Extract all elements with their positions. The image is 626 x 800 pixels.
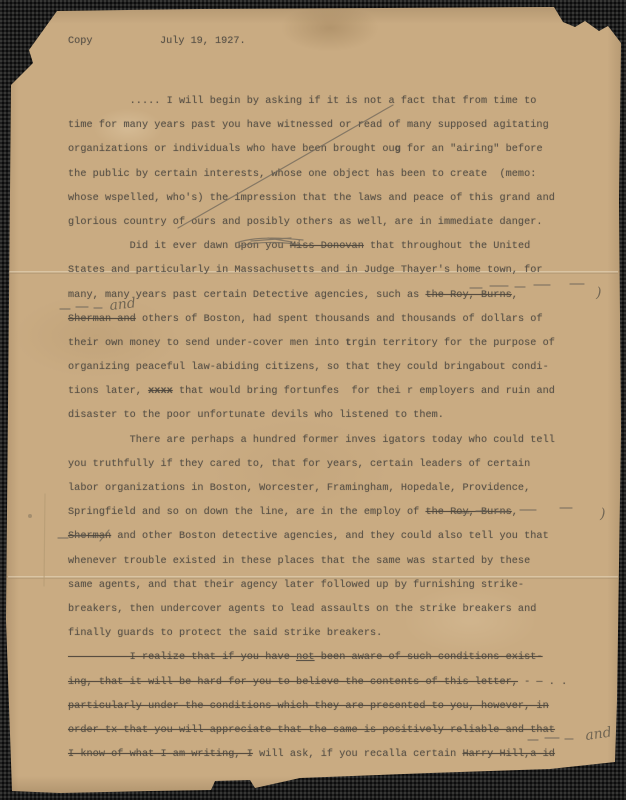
document-line: There are perhaps a hundred former inves… <box>68 429 588 453</box>
text-segment: whose wspelled, who's) the impression th… <box>68 193 555 204</box>
text-segment: labor organizations in Boston, Worcester… <box>68 483 530 494</box>
document-line: Did it ever dawn upon you Miss Donovan t… <box>68 235 588 259</box>
text-segment: that throughout the United <box>364 241 530 252</box>
text-segment: - — . . <box>518 677 567 688</box>
document-header: CopyJuly 19, 1927. <box>68 36 246 47</box>
document-line: Sherman and other Boston detective agenc… <box>68 525 588 549</box>
text-segment: the public by certain interests, whose o… <box>68 169 536 180</box>
document-line: I realize that if you have not been awar… <box>68 646 588 670</box>
document-line: same agents, and that their agency later… <box>68 574 588 598</box>
document-line: time for many years past you have witnes… <box>68 114 588 138</box>
text-segment: disaster to the poor unfortunate devils … <box>68 410 444 421</box>
text-segment: not <box>296 652 315 663</box>
text-segment: I realize that if you have <box>68 652 296 663</box>
text-segment: States and particularly in Massachusetts… <box>68 265 543 276</box>
document-line: glorious country of ours and posibly oth… <box>68 211 588 235</box>
document-line: Sherman and others of Boston, had spent … <box>68 308 588 332</box>
document-line: ..... I will begin by asking if it is no… <box>68 90 588 114</box>
text-segment: the Roy, Burns <box>425 507 511 518</box>
document-line: States and particularly in Massachusetts… <box>68 259 588 283</box>
text-segment: Harry Hill,a id <box>462 749 554 760</box>
text-segment: whenever trouble existed in these places… <box>68 556 530 567</box>
text-segment: Springfield and so on down the line, are… <box>68 507 425 518</box>
text-segment: that would bring fortunfes for thei r em… <box>173 386 555 397</box>
document-line: their own money to send under-cover men … <box>68 332 588 356</box>
text-segment: tions later, <box>68 386 148 397</box>
document-line: finally guards to protect the said strik… <box>68 622 588 646</box>
document-page: CopyJuly 19, 1927. ..... I will begin by… <box>0 0 626 800</box>
text-segment: , <box>512 507 518 518</box>
text-segment: Sherman <box>68 531 111 542</box>
document-line: Springfield and so on down the line, are… <box>68 501 588 525</box>
document-line: tions later, xxxx that would bring fortu… <box>68 380 588 404</box>
document-line: the public by certain interests, whose o… <box>68 163 588 187</box>
document-line: organizing peaceful law-abiding citizens… <box>68 356 588 380</box>
document-line: order tx that you will appreciate that t… <box>68 719 588 743</box>
text-segment: many, many years past certain Detective … <box>68 290 425 301</box>
document-line: whenever trouble existed in these places… <box>68 550 588 574</box>
document-line: you truthfully if they cared to, that fo… <box>68 453 588 477</box>
text-segment: their own money to send under-cover men … <box>68 338 345 349</box>
text-segment: others of Boston, had spent thousands an… <box>136 314 543 325</box>
text-segment: breakers, then undercover agents to lead… <box>68 604 536 615</box>
text-segment: xxxx <box>148 386 173 397</box>
text-segment: Sherman and <box>68 314 136 325</box>
text-segment: Miss Donovan <box>290 241 364 252</box>
text-segment: same agents, and that their agency later… <box>68 580 524 591</box>
text-segment: ..... I will begin by asking if it is no… <box>68 96 536 107</box>
document-line: many, many years past certain Detective … <box>68 284 588 308</box>
text-segment: you truthfully if they cared to, that fo… <box>68 459 530 470</box>
text-segment: glorious country of ours and posibly oth… <box>68 217 543 228</box>
text-segment: the Roy, Burns <box>425 290 511 301</box>
text-segment: ing, that it will be hard for you to bel… <box>68 677 518 688</box>
text-segment: finally guards to protect the said strik… <box>68 628 382 639</box>
text-segment: rgin territory for the purpose of <box>352 338 555 349</box>
document-line: I know of what I am writing, I will ask,… <box>68 743 588 767</box>
document-line: particularly under the conditions which … <box>68 695 588 719</box>
document-line: whose wspelled, who's) the impression th… <box>68 187 588 211</box>
document-line: organizations or individuals who have be… <box>68 138 588 162</box>
text-segment: order tx that you will appreciate that t… <box>68 725 555 736</box>
text-segment: particularly under the conditions which … <box>68 701 549 712</box>
text-segment: time for many years past you have witnes… <box>68 120 549 131</box>
text-segment: I know of what I am writing, I <box>68 749 253 760</box>
text-segment: been aware of such conditions exist- <box>315 652 543 663</box>
text-segment: There are perhaps a hundred former inves… <box>68 435 555 446</box>
copy-label: Copy <box>68 36 160 47</box>
text-segment: organizations or individuals who have be… <box>68 144 395 155</box>
document-lines: ..... I will begin by asking if it is no… <box>68 90 588 767</box>
date-label: July 19, 1927. <box>160 36 246 47</box>
text-segment: organizing peaceful law-abiding citizens… <box>68 362 549 373</box>
document-line: ing, that it will be hard for you to bel… <box>68 671 588 695</box>
text-segment: , <box>512 290 518 301</box>
text-segment: will ask, if you recalla certain <box>253 749 463 760</box>
text-segment: Did it ever dawn upon you <box>68 241 290 252</box>
text-segment: for an "airing" before <box>401 144 543 155</box>
document-line: disaster to the poor unfortunate devils … <box>68 404 588 428</box>
document-line: labor organizations in Boston, Worcester… <box>68 477 588 501</box>
document-line: breakers, then undercover agents to lead… <box>68 598 588 622</box>
text-segment: and other Boston detective agencies, and… <box>111 531 549 542</box>
